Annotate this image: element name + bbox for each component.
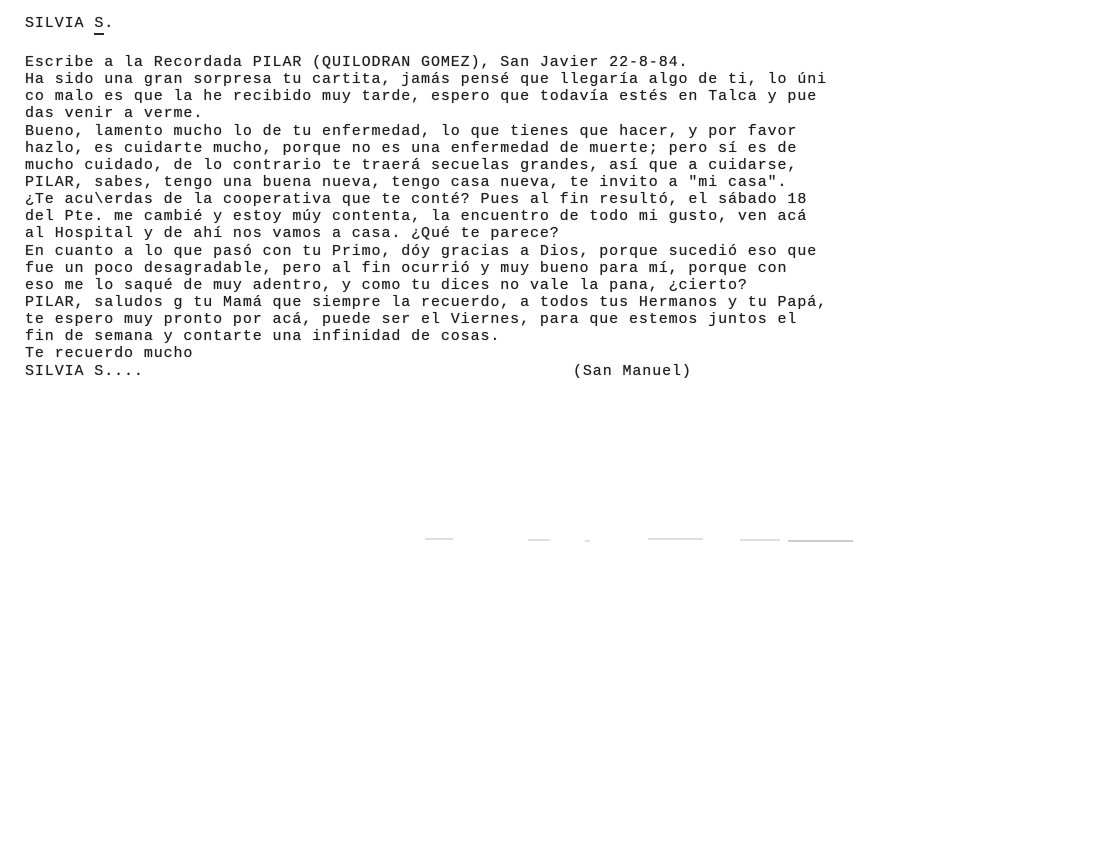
- letter-line: Bueno, lamento mucho lo de tu enfermedad…: [25, 123, 885, 140]
- letter-heading: SILVIA S.: [25, 15, 114, 32]
- heading-period: .: [104, 15, 114, 32]
- letter-body: Escribe a la Recordada PILAR (QUILODRAN …: [25, 54, 885, 380]
- letter-line: Ha sido una gran sorpresa tu cartita, ja…: [25, 71, 885, 88]
- letter-line: SILVIA S....: [25, 363, 885, 380]
- letter-line: PILAR, sabes, tengo una buena nueva, ten…: [25, 174, 885, 191]
- letter-line: En cuanto a lo que pasó con tu Primo, dó…: [25, 243, 885, 260]
- letter-line: Escribe a la Recordada PILAR (QUILODRAN …: [25, 54, 885, 71]
- letter-page: SILVIA S. Escribe a la Recordada PILAR (…: [0, 0, 1100, 850]
- letter-line: ¿Te acu\erdas de la cooperativa que te c…: [25, 191, 885, 208]
- letter-line: al Hospital y de ahí nos vamos a casa. ¿…: [25, 225, 885, 242]
- scan-artifact: [788, 540, 853, 542]
- letter-line: das venir a verme.: [25, 105, 885, 122]
- scan-artifact: [528, 539, 550, 541]
- heading-initial-underlined: S: [94, 15, 104, 35]
- signature-place: (San Manuel): [573, 363, 692, 380]
- scan-artifact: [740, 539, 780, 541]
- letter-line: Te recuerdo mucho: [25, 345, 885, 362]
- scan-artifact: [585, 540, 590, 542]
- letter-line: eso me lo saqué de muy adentro, y como t…: [25, 277, 885, 294]
- heading-name: SILVIA: [25, 15, 94, 32]
- letter-line: hazlo, es cuidarte mucho, porque no es u…: [25, 140, 885, 157]
- letter-line: co malo es que la he recibido muy tarde,…: [25, 88, 885, 105]
- letter-line: fue un poco desagradable, pero al fin oc…: [25, 260, 885, 277]
- letter-line: fin de semana y contarte una infinidad d…: [25, 328, 885, 345]
- letter-line: PILAR, saludos g tu Mamá que siempre la …: [25, 294, 885, 311]
- scan-artifact: [425, 538, 453, 540]
- letter-line: te espero muy pronto por acá, puede ser …: [25, 311, 885, 328]
- scan-artifact: [648, 538, 703, 540]
- letter-line: del Pte. me cambié y estoy múy contenta,…: [25, 208, 885, 225]
- letter-line: mucho cuidado, de lo contrario te traerá…: [25, 157, 885, 174]
